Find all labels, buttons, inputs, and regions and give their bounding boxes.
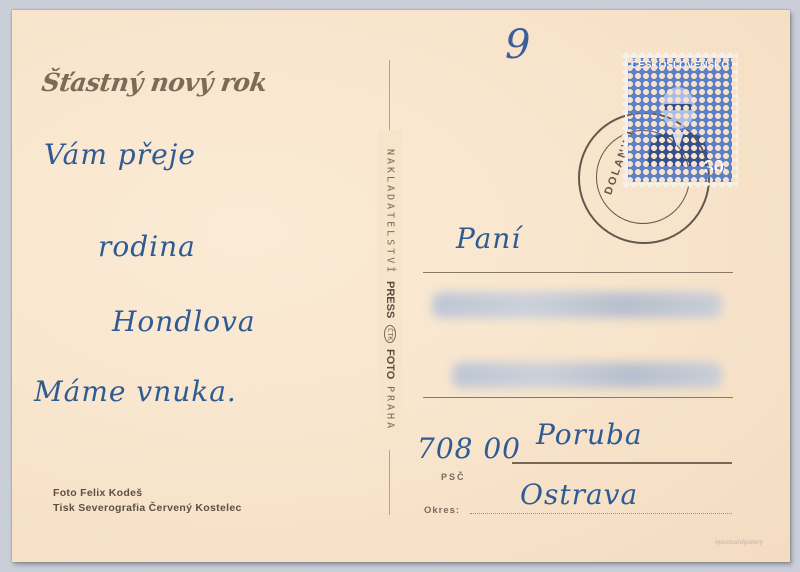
redacted-name (432, 292, 722, 318)
portrait-icon (646, 76, 710, 166)
watermark: #postcardgallery (715, 540, 763, 546)
photo-credit: Foto Felix Kodeš (53, 486, 242, 501)
message-line-1: Vám přeje (44, 138, 196, 171)
address-line-3 (423, 397, 733, 398)
ctk-logo-icon: ČTK (384, 325, 396, 344)
credits: Foto Felix Kodeš Tisk Severografia Červe… (53, 486, 242, 516)
publisher-city: PRAHA (385, 386, 396, 431)
district-line (470, 513, 732, 514)
postal-code-label: PSČ (441, 472, 466, 482)
stamp-country: ČESKOSLOVENSKO (628, 60, 732, 71)
district-label: Okres: (424, 505, 460, 516)
sorting-number: 9 (505, 22, 530, 68)
publisher-brand-left: PRESS (384, 281, 396, 318)
publisher-brand-right: FOTO (384, 349, 396, 379)
publisher-imprint: NAKLADATELSTVÍ PRESS ČTK FOTO PRAHA (378, 130, 402, 450)
postage-stamp: ČESKOSLOVENSKO 30h (622, 52, 738, 188)
message-line-3: Hondlova (112, 305, 256, 338)
postal-code: 708 00 (417, 432, 521, 465)
city-line (512, 462, 732, 464)
address-line-1 (423, 272, 733, 273)
print-credit: Tisk Severografia Červený Kostelec (53, 501, 242, 516)
greeting-heading: Šťastný nový rok (40, 68, 269, 97)
address-salutation: Paní (456, 222, 521, 255)
publisher-prefix: NAKLADATELSTVÍ (385, 149, 396, 275)
redacted-street (452, 362, 722, 388)
address-city: Poruba (536, 418, 643, 451)
address-district: Ostrava (520, 478, 638, 511)
stamp-value: 30h (704, 157, 728, 178)
message-line-2: rodina (98, 230, 196, 263)
message-line-4: Máme vnuka. (34, 375, 237, 408)
